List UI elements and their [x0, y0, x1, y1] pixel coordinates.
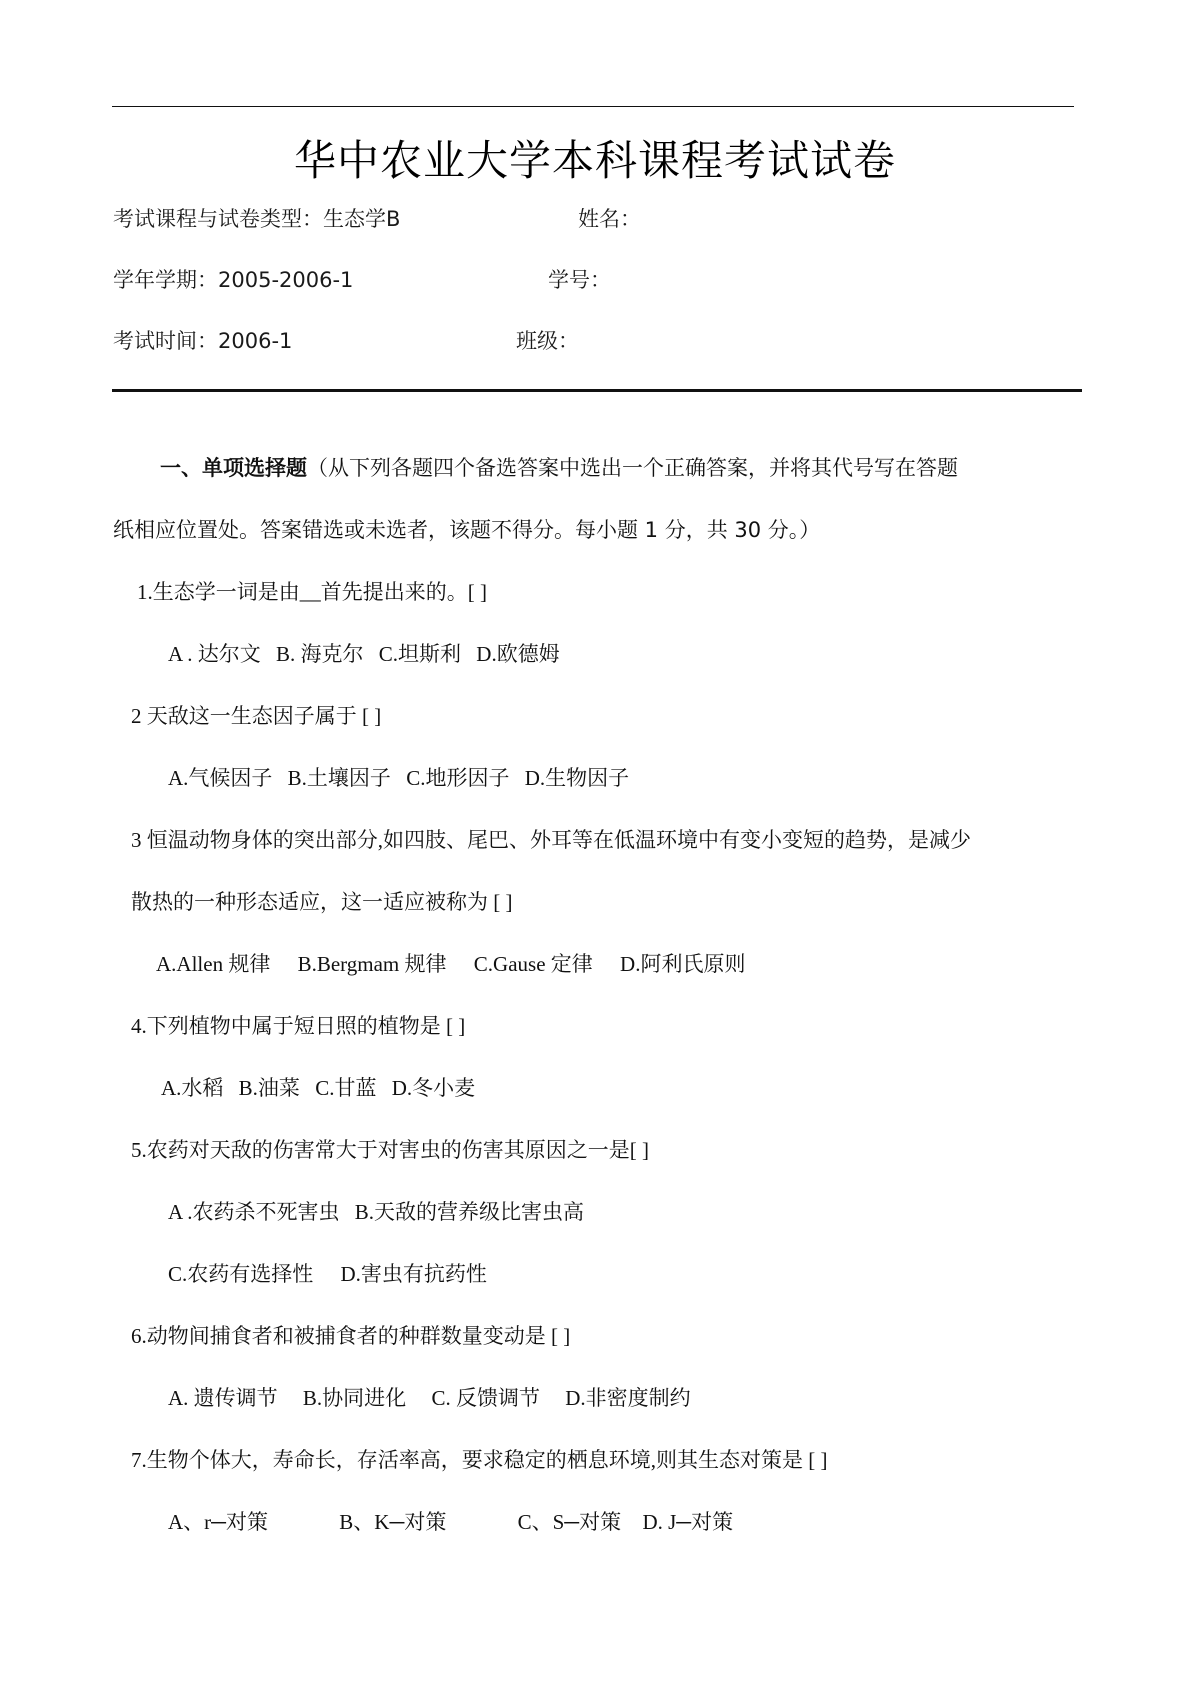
term-label: 学年学期：: [113, 268, 218, 292]
page-title: 华中农业大学本科课程考试试卷: [0, 128, 1190, 188]
option-b: B.协同进化: [303, 1386, 406, 1410]
header-divider: [112, 389, 1082, 392]
option-d: D.阿利氏原则: [620, 952, 745, 976]
name-field-label: 姓名：: [578, 203, 641, 233]
class-field-label: 班级：: [516, 325, 579, 355]
question-4-stem: 4.下列植物中属于短日照的植物是 [ ]: [131, 1010, 465, 1040]
term-row: 学年学期：2005-2006-1: [113, 264, 353, 294]
option-b: B.Bergmam 规律: [298, 952, 447, 976]
section-heading: 一、单项选择题（从下列各题四个备选答案中选出一个正确答案，并将其代号写在答题: [160, 452, 958, 482]
option-d: D.非密度制约: [565, 1386, 690, 1410]
option-c: C. 反馈调节: [431, 1386, 540, 1410]
section-instructions-1: （从下列各题四个备选答案中选出一个正确答案，并将其代号写在答题: [307, 456, 958, 480]
time-label: 考试时间：: [113, 329, 218, 353]
option-c: C.Gause 定律: [474, 952, 593, 976]
question-3-options: A.Allen 规律 B.Bergmam 规律 C.Gause 定律 D.阿利氏…: [156, 948, 755, 978]
option-a: A.水稻: [161, 1076, 223, 1100]
section-instructions-2: 纸相应位置处。答案错选或未选者，该题不得分。每小题 1 分，共 30 分。）: [113, 514, 820, 544]
option-d: D.生物因子: [525, 766, 629, 790]
question-6-options: A. 遗传调节 B.协同进化 C. 反馈调节 D.非密度制约: [168, 1382, 701, 1412]
option-a: A .农药杀不死害虫: [168, 1200, 340, 1224]
header-top-rule: [112, 106, 1074, 107]
question-6-stem: 6.动物间捕食者和被捕食者的种群数量变动是 [ ]: [131, 1320, 570, 1350]
option-d: D.欧德姆: [476, 642, 559, 666]
term-value: 2005-2006-1: [218, 268, 353, 292]
option-a: A.Allen 规律: [156, 952, 270, 976]
question-5-stem: 5.农药对天敌的伤害常大于对害虫的伤害其原因之一是[ ]: [131, 1134, 649, 1164]
question-5-options-row-1: A .农药杀不死害虫 B.天敌的营养级比害虫高: [168, 1196, 594, 1226]
option-d: D.冬小麦: [392, 1076, 475, 1100]
option-c: C.坦斯利: [379, 642, 461, 666]
option-b: B. 海克尔: [276, 642, 364, 666]
option-a: A.气候因子: [168, 766, 272, 790]
question-1-stem: 1.生态学一词是由__首先提出来的。[ ]: [137, 576, 487, 606]
course-value: 生态学B: [323, 207, 400, 231]
option-d: D. J─对策: [642, 1510, 733, 1534]
option-c: C.甘蓝: [315, 1076, 376, 1100]
option-b: B.油菜: [239, 1076, 300, 1100]
option-d: D.害虫有抗药性: [341, 1262, 487, 1286]
question-7-options: A、r─对策 B、K─对策 C、S─对策 D. J─对策: [168, 1506, 743, 1536]
time-row: 考试时间：2006-1: [113, 325, 292, 355]
option-c: C.农药有选择性: [168, 1262, 313, 1286]
option-b: B.天敌的营养级比害虫高: [355, 1200, 584, 1224]
option-c: C、S─对策: [518, 1510, 622, 1534]
course-row: 考试课程与试卷类型：生态学B: [113, 203, 400, 233]
option-a: A. 遗传调节: [168, 1386, 278, 1410]
question-2-stem: 2 天敌这一生态因子属于 [ ]: [131, 700, 381, 730]
option-b: B.土壤因子: [288, 766, 391, 790]
question-3-stem-line-2: 散热的一种形态适应，这一适应被称为 [ ]: [131, 886, 513, 916]
question-5-options-row-2: C.农药有选择性 D.害虫有抗药性: [168, 1258, 497, 1288]
option-a: A . 达尔文: [168, 642, 261, 666]
time-value: 2006-1: [218, 329, 292, 353]
option-b: B、K─对策: [339, 1510, 446, 1534]
option-a: A、r─对策: [168, 1510, 268, 1534]
section-title: 一、单项选择题: [160, 456, 307, 480]
student-id-field-label: 学号：: [548, 264, 611, 294]
question-7-stem: 7.生物个体大，寿命长，存活率高，要求稳定的栖息环境,则其生态对策是 [ ]: [131, 1444, 827, 1474]
course-label: 考试课程与试卷类型：: [113, 207, 323, 231]
question-2-options: A.气候因子 B.土壤因子 C.地形因子 D.生物因子: [168, 762, 639, 792]
question-1-options: A . 达尔文 B. 海克尔 C.坦斯利 D.欧德姆: [168, 638, 570, 668]
question-3-stem-line-1: 3 恒温动物身体的突出部分,如四肢、尾巴、外耳等在低温环境中有变小变短的趋势，是…: [131, 824, 971, 854]
question-4-options: A.水稻 B.油菜 C.甘蓝 D.冬小麦: [161, 1072, 485, 1102]
option-c: C.地形因子: [406, 766, 509, 790]
